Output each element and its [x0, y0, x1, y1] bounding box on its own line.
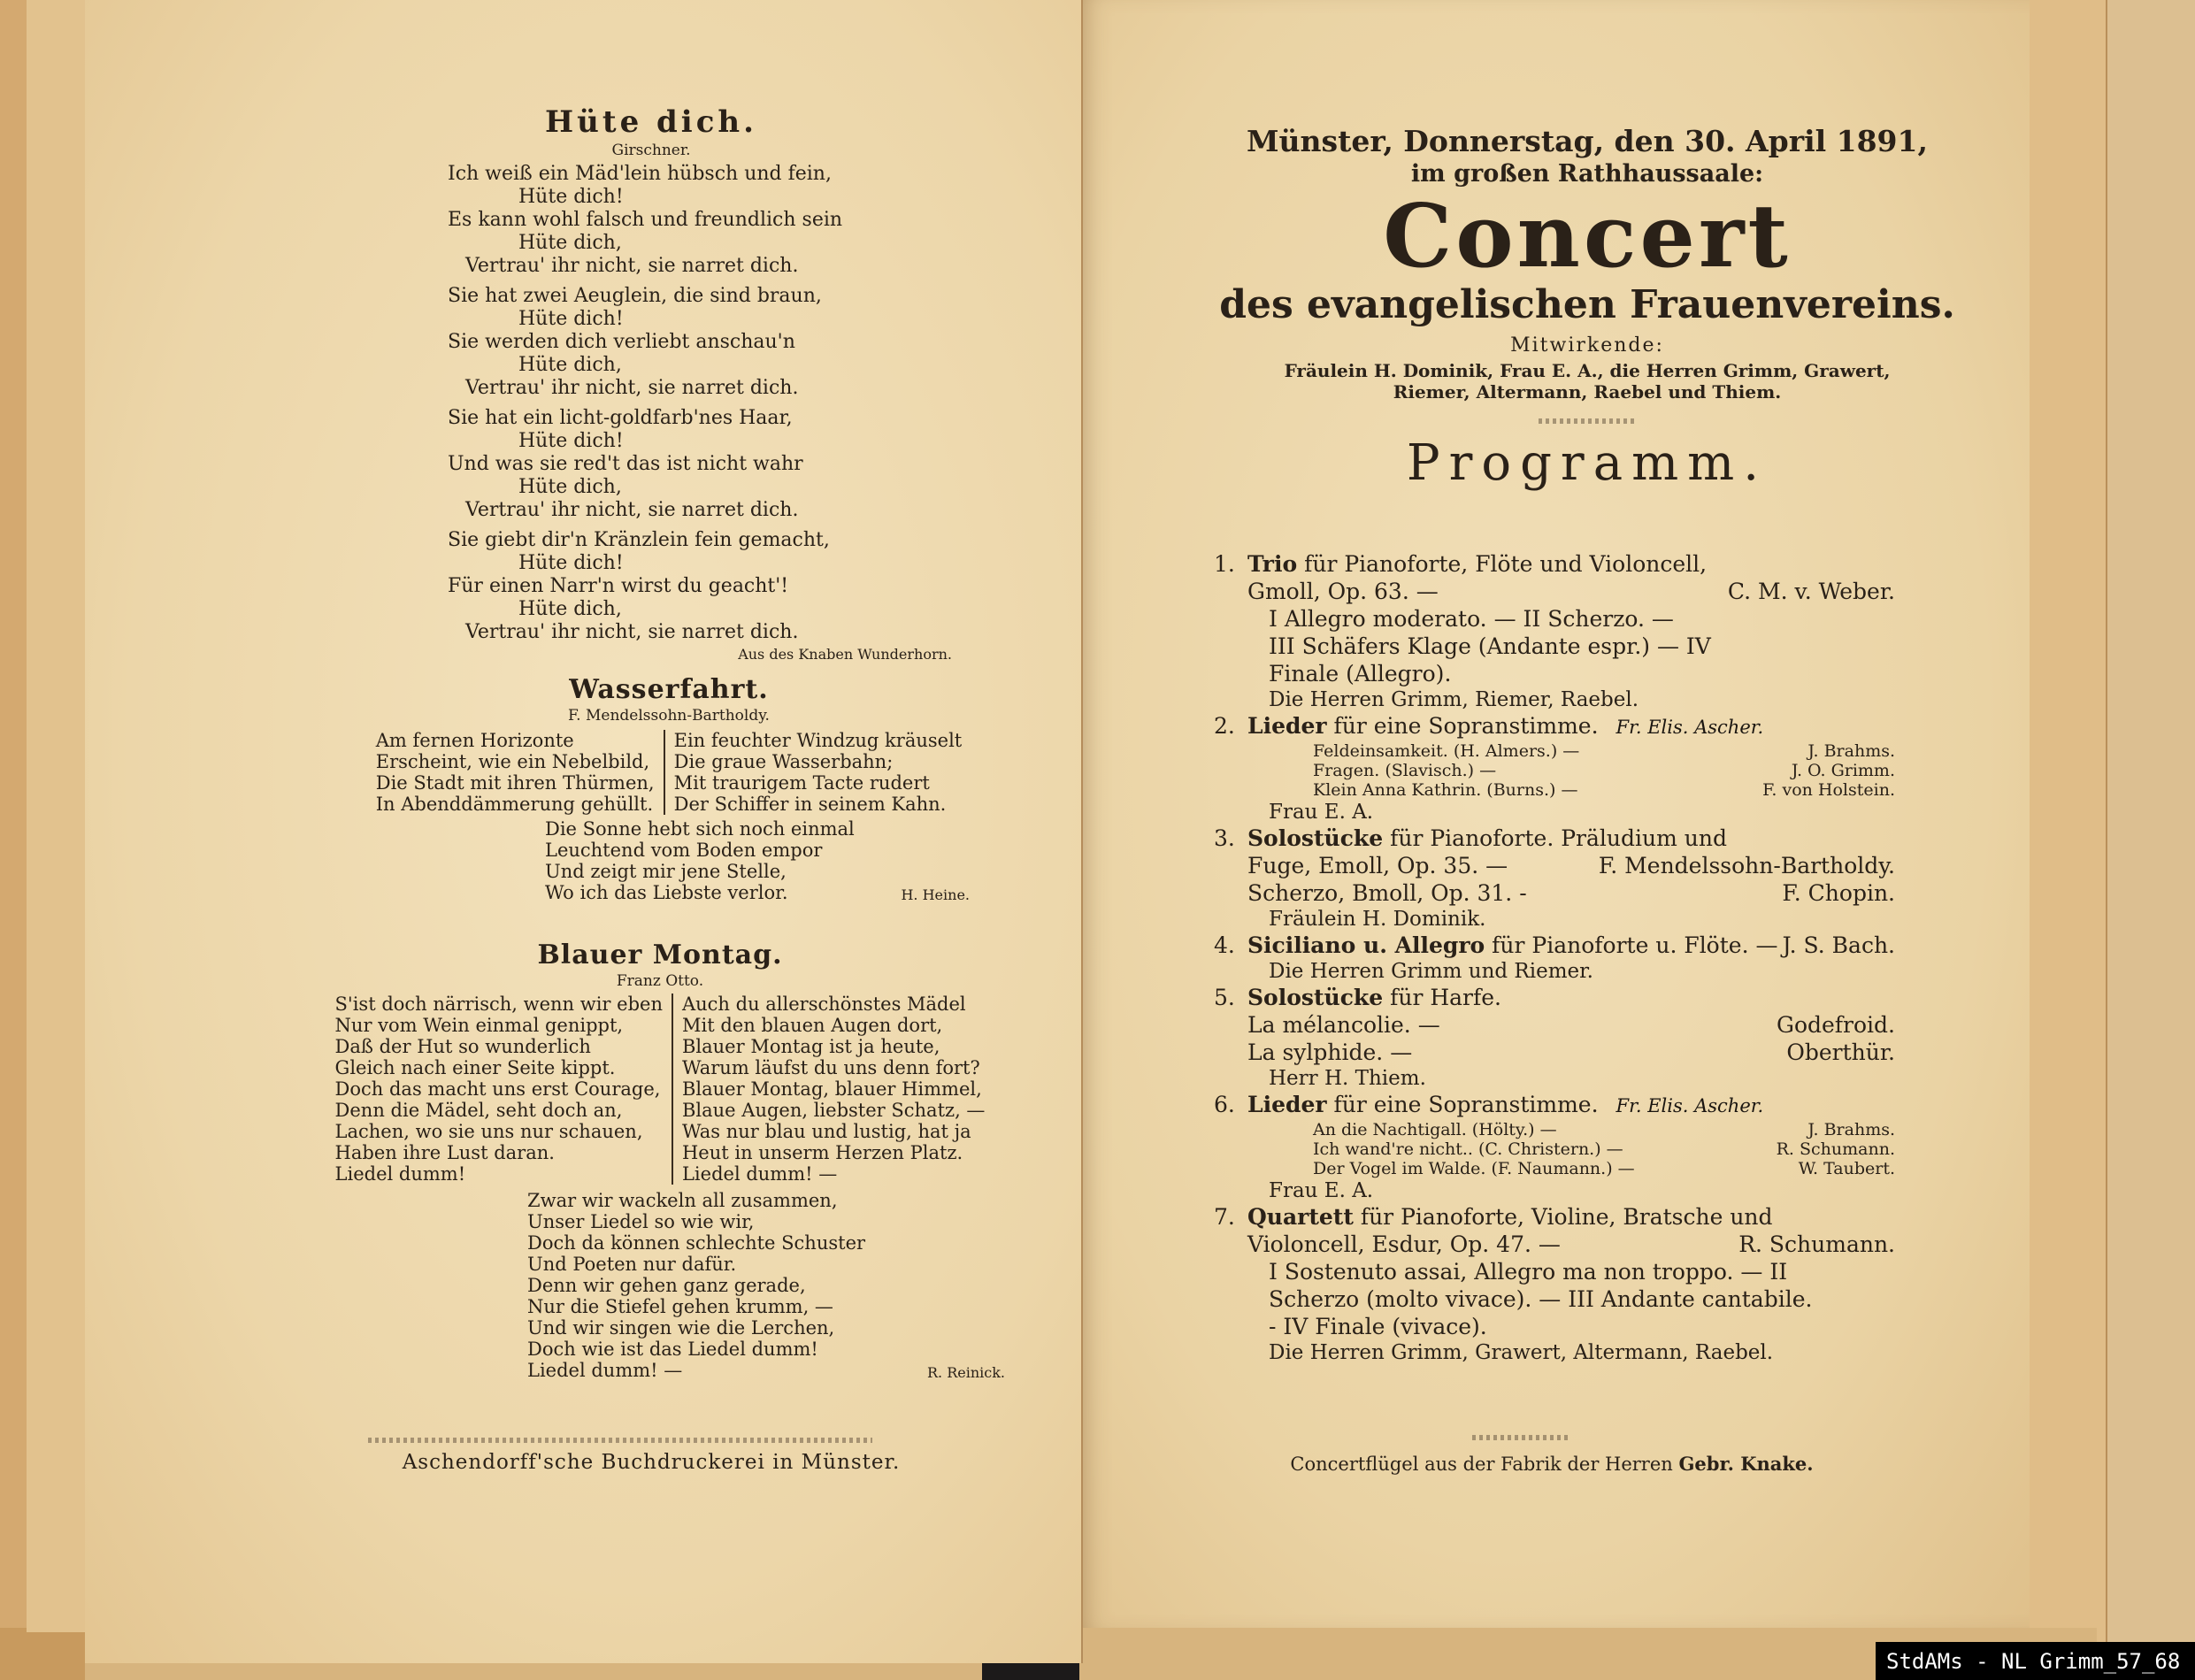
- programme-line-text: La mélancolie. —: [1214, 1011, 1440, 1039]
- item-number: 7.: [1214, 1203, 1247, 1231]
- programme-line-text: 1.Trio für Pianoforte, Flöte und Violonc…: [1214, 550, 1707, 578]
- concert-title: Concert: [1207, 191, 1968, 283]
- verse-line: Lachen, wo sie uns nur schauen,: [335, 1121, 663, 1142]
- programme-line: Gmoll, Op. 63. —C. M. v. Weber.: [1214, 578, 1895, 605]
- verse-line: Vertrau' ihr nicht, sie narret dich.: [448, 255, 1085, 278]
- verse-line: Ich weiß ein Mäd'lein hübsch und fein,: [448, 163, 1085, 186]
- left-page: Hüte dich. Girschner. Ich weiß ein Mäd'l…: [85, 0, 1083, 1663]
- work-description: Scherzo (molto vivace). — III Andante ca…: [1269, 1286, 1812, 1312]
- programme-line-text: 6.Lieder für eine Sopranstimme.Fr. Elis.…: [1214, 1091, 1763, 1120]
- verse-line: Doch wie ist das Liedel dumm!: [527, 1339, 1058, 1360]
- verse-line: Hüte dich,: [448, 232, 1085, 255]
- verse-line: Es kann wohl falsch und freundlich sein: [448, 209, 1085, 232]
- programme-line-text: 7.Quartett für Pianoforte, Violine, Brat…: [1214, 1203, 1773, 1231]
- programme-line-text: Violoncell, Esdur, Op. 47. —: [1214, 1231, 1561, 1258]
- verse-line: Die graue Wasserbahn;: [674, 751, 963, 772]
- poem-source: R. Reinick.: [927, 1364, 1005, 1381]
- printer-imprint: Aschendorff'sche Buchdruckerei in Münste…: [368, 1451, 934, 1474]
- programme-item: 2.Lieder für eine Sopranstimme.Fr. Elis.…: [1214, 712, 1895, 825]
- item-number: 4.: [1214, 932, 1247, 959]
- underlying-sheet: [2026, 0, 2107, 1680]
- programme-line-text: 2.Lieder für eine Sopranstimme.Fr. Elis.…: [1214, 712, 1763, 741]
- verse-line: Hüte dich!: [448, 308, 1085, 331]
- verse-line: Blauer Montag, blauer Himmel,: [682, 1078, 985, 1100]
- programme-heading: Programm.: [1207, 434, 1968, 492]
- programme-line: Scherzo, Bmoll, Op. 31. -F. Chopin.: [1214, 879, 1895, 907]
- composer-name: F. Mendelssohn-Bartholdy.: [1599, 852, 1895, 879]
- programme-item: 6.Lieder für eine Sopranstimme.Fr. Elis.…: [1214, 1091, 1895, 1203]
- programme-item: 3.Solostücke für Pianoforte. Präludium u…: [1214, 825, 1895, 932]
- piano-maker: Gebr. Knake.: [1678, 1453, 1813, 1475]
- verse-line: Doch da können schlechte Schuster: [527, 1232, 1058, 1254]
- programme-line-text: III Schäfers Klage (Andante espr.) — IV: [1214, 633, 1711, 660]
- verse-line: Mit traurigem Tacte rudert: [674, 772, 963, 794]
- song-line: Fragen. (Slavisch.) —J. O. Grimm.: [1214, 761, 1895, 780]
- concert-header: Münster, Donnerstag, den 30. April 1891,…: [1207, 124, 1968, 492]
- song-line: Der Vogel im Walde. (F. Naumann.) —W. Ta…: [1214, 1159, 1895, 1178]
- work-title: Siciliano u. Allegro: [1247, 932, 1485, 958]
- poem-wasserfahrt: Wasserfahrt. F. Mendelssohn-Bartholdy. A…: [288, 674, 1049, 903]
- verse-line: Mit den blauen Augen dort,: [682, 1015, 985, 1036]
- work-description: Scherzo, Bmoll, Op. 31. -: [1247, 880, 1527, 906]
- song-title: Klein Anna Kathrin. (Burns.) —: [1313, 780, 1577, 800]
- performers: Herr H. Thiem.: [1214, 1066, 1895, 1091]
- programme-line-text: Scherzo (molto vivace). — III Andante ca…: [1214, 1285, 1812, 1313]
- composer-name: J. Brahms.: [1807, 741, 1895, 761]
- programme-line: Finale (Allegro).: [1214, 660, 1895, 687]
- verse-line: Wo ich das Liebste verlor.: [545, 882, 1049, 903]
- performers: Die Herren Grimm, Riemer, Raebel.: [1214, 687, 1895, 712]
- song-title: Der Vogel im Walde. (F. Naumann.) —: [1313, 1159, 1635, 1178]
- verse-line: Und Poeten nur dafür.: [527, 1254, 1058, 1275]
- programme-line-text: Scherzo, Bmoll, Op. 31. -: [1214, 879, 1527, 907]
- work-title: Solostücke: [1247, 825, 1383, 851]
- right-page: Münster, Donnerstag, den 30. April 1891,…: [1083, 0, 2030, 1628]
- verse-line: Der Schiffer in seinem Kahn.: [674, 794, 963, 815]
- song-line: Ich wand're nicht.. (C. Christern.) —R. …: [1214, 1139, 1895, 1159]
- composer-name: J. O. Grimm.: [1792, 761, 1895, 780]
- poem-verses: Ich weiß ein Mäd'lein hübsch und fein,Hü…: [448, 163, 1085, 644]
- composer-name: W. Taubert.: [1799, 1159, 1895, 1178]
- performers: Frau E. A.: [1214, 800, 1895, 825]
- work-description: für Pianoforte, Flöte und Violoncell,: [1297, 551, 1707, 577]
- poem-title: Wasserfahrt.: [288, 674, 1049, 705]
- verse-line: Heut in unserm Herzen Platz.: [682, 1142, 985, 1163]
- performers: Fräulein H. Dominik.: [1214, 907, 1895, 932]
- verse-line: Unser Liedel so wie wir,: [527, 1211, 1058, 1232]
- item-number: 5.: [1214, 984, 1247, 1011]
- item-number: 1.: [1214, 550, 1247, 578]
- programme-list: 1.Trio für Pianoforte, Flöte und Violonc…: [1214, 550, 1895, 1365]
- verse-line: Sie giebt dir'n Kränzlein fein gemacht,: [448, 529, 1085, 552]
- performers: Frau E. A.: [1214, 1178, 1895, 1203]
- poem-title: Blauer Montag.: [262, 940, 1058, 970]
- piano-credit-text: Concertflügel aus der Fabrik der Herren: [1290, 1454, 1678, 1475]
- handwritten-annotation: Fr. Elis. Ascher.: [1616, 1095, 1764, 1116]
- verse-final: Zwar wir wackeln all zusammen,Unser Lied…: [262, 1190, 1058, 1381]
- verse-line: Auch du allerschönstes Mädel: [682, 993, 985, 1015]
- item-number: 2.: [1214, 712, 1247, 740]
- composer-name: R. Schumann.: [1738, 1231, 1895, 1258]
- work-description: für Harfe.: [1383, 985, 1501, 1010]
- programme-line: La sylphide. —Oberthür.: [1214, 1039, 1895, 1066]
- verse-line: Gleich nach einer Seite kippt.: [335, 1057, 663, 1078]
- work-description: Fuge, Emoll, Op. 35. —: [1247, 853, 1508, 878]
- performers-line: Fräulein H. Dominik, Frau E. A., die Her…: [1207, 360, 1968, 381]
- performers: Die Herren Grimm, Grawert, Altermann, Ra…: [1214, 1340, 1895, 1365]
- work-description: La mélancolie. —: [1247, 1012, 1440, 1038]
- poem-hute-dich: Hüte dich. Girschner. Ich weiß ein Mäd'l…: [448, 104, 1085, 663]
- programme-line: 6.Lieder für eine Sopranstimme.Fr. Elis.…: [1214, 1091, 1895, 1120]
- song-line: An die Nachtigall. (Hölty.) —J. Brahms.: [1214, 1120, 1895, 1139]
- programme-line-text: I Sostenuto assai, Allegro ma non troppo…: [1214, 1258, 1787, 1285]
- verse-line: Und was sie red't das ist nicht wahr: [448, 453, 1085, 476]
- verse-line: Hüte dich!: [448, 552, 1085, 575]
- song-title: Fragen. (Slavisch.) —: [1313, 761, 1496, 780]
- composer-name: Oberthür.: [1786, 1039, 1895, 1066]
- verse-line: Nur die Stiefel gehen krumm, —: [527, 1296, 1058, 1317]
- verse-line: Hüte dich!: [448, 430, 1085, 453]
- concert-subtitle: des evangelischen Frauenvereins.: [1207, 283, 1968, 327]
- composer-name: C. M. v. Weber.: [1728, 578, 1895, 605]
- work-title: Trio: [1247, 551, 1297, 577]
- divider: [1539, 418, 1636, 424]
- verse-line: S'ist doch närrisch, wenn wir eben: [335, 993, 663, 1015]
- song-title: Ich wand're nicht.. (C. Christern.) —: [1313, 1139, 1623, 1159]
- item-number: 6.: [1214, 1091, 1247, 1118]
- poem-source: Aus des Knaben Wunderhorn.: [448, 646, 952, 663]
- work-description: für Pianoforte, Violine, Bratsche und: [1354, 1204, 1773, 1230]
- performers-label: Mitwirkende:: [1207, 334, 1968, 357]
- verse-line: Blauer Montag ist ja heute,: [682, 1036, 985, 1057]
- programme-line-text: 3.Solostücke für Pianoforte. Präludium u…: [1214, 825, 1727, 852]
- programme-line: 7.Quartett für Pianoforte, Violine, Brat…: [1214, 1203, 1895, 1231]
- verse-line: Hüte dich!: [448, 186, 1085, 209]
- item-number: 3.: [1214, 825, 1247, 852]
- verse-line: Liedel dumm!: [335, 1163, 663, 1185]
- verse-line: Denn die Mädel, seht doch an,: [335, 1100, 663, 1121]
- venue-line: im großen Rathhaussaale:: [1207, 160, 1968, 188]
- programme-line: 3.Solostücke für Pianoforte. Präludium u…: [1214, 825, 1895, 852]
- verse-line: Ein feuchter Windzug kräuselt: [674, 730, 963, 751]
- verse-line: Haben ihre Lust daran.: [335, 1142, 663, 1163]
- verse-line: Und zeigt mir jene Stelle,: [545, 861, 1049, 882]
- programme-line: 2.Lieder für eine Sopranstimme.Fr. Elis.…: [1214, 712, 1895, 741]
- verse-line: Sie hat zwei Aeuglein, die sind braun,: [448, 285, 1085, 308]
- verse-line: Warum läufst du uns denn fort?: [682, 1057, 985, 1078]
- programme-item: 5.Solostücke für Harfe.La mélancolie. —G…: [1214, 984, 1895, 1091]
- piano-credit: Concertflügel aus der Fabrik der Herren …: [1198, 1453, 1906, 1475]
- programme-line: 4.Siciliano u. Allegro für Pianoforte u.…: [1214, 932, 1895, 959]
- verse-line: Sie hat ein licht-goldfarb'nes Haar,: [448, 407, 1085, 430]
- divider: [368, 1438, 872, 1443]
- poem-title: Hüte dich.: [448, 104, 855, 140]
- work-description: Finale (Allegro).: [1269, 661, 1451, 687]
- performers: Die Herren Grimm und Riemer.: [1214, 959, 1895, 984]
- composer-name: F. von Holstein.: [1762, 780, 1895, 800]
- composer-name: Godefroid.: [1777, 1011, 1895, 1039]
- programme-line: III Schäfers Klage (Andante espr.) — IV: [1214, 633, 1895, 660]
- programme-line-text: I Allegro moderato. — II Scherzo. —: [1214, 605, 1674, 633]
- divider: [1472, 1435, 1570, 1440]
- verse-column-right: Ein feuchter Windzug kräuseltDie graue W…: [665, 730, 971, 815]
- programme-line-text: Finale (Allegro).: [1214, 660, 1451, 687]
- composer-name: F. Chopin.: [1782, 879, 1895, 907]
- work-title: Quartett: [1247, 1204, 1354, 1230]
- programme-line-text: - IV Finale (vivace).: [1214, 1313, 1487, 1340]
- verse-line: Vertrau' ihr nicht, sie narret dich.: [448, 621, 1085, 644]
- work-description: für eine Sopranstimme.: [1327, 713, 1599, 739]
- verse-line: Für einen Narr'n wirst du geacht'!: [448, 575, 1085, 598]
- verse-line: Doch das macht uns erst Courage,: [335, 1078, 663, 1100]
- handwritten-annotation: Fr. Elis. Ascher.: [1616, 717, 1764, 738]
- work-title: Lieder: [1247, 1092, 1327, 1117]
- verse-line: Sie werden dich verliebt anschau'n: [448, 331, 1085, 354]
- verse-line: Erscheint, wie ein Nebelbild,: [376, 751, 655, 772]
- verse-column-left: Am fernen HorizonteErscheint, wie ein Ne…: [367, 730, 665, 815]
- verse-line: Und wir singen wie die Lerchen,: [527, 1317, 1058, 1339]
- work-description: III Schäfers Klage (Andante espr.) — IV: [1269, 633, 1711, 659]
- programme-line: - IV Finale (vivace).: [1214, 1313, 1895, 1340]
- verse-line: Hüte dich,: [448, 354, 1085, 377]
- verse-line: Denn wir gehen ganz gerade,: [527, 1275, 1058, 1296]
- archive-label: StdAMs - NL Grimm_57_68: [1876, 1642, 2195, 1680]
- work-description: I Sostenuto assai, Allegro ma non troppo…: [1269, 1259, 1787, 1285]
- verse-line: Nur vom Wein einmal genippt,: [335, 1015, 663, 1036]
- work-description: La sylphide. —: [1247, 1039, 1412, 1065]
- work-description: für Pianoforte u. Flöte. —: [1485, 932, 1777, 958]
- verse-line: Blaue Augen, liebster Schatz, —: [682, 1100, 985, 1121]
- date-line: Münster, Donnerstag, den 30. April 1891,: [1207, 124, 1968, 158]
- verse-line: Vertrau' ihr nicht, sie narret dich.: [448, 377, 1085, 400]
- programme-line-text: 5.Solostücke für Harfe.: [1214, 984, 1501, 1011]
- poem-composer: Girschner.: [448, 142, 855, 159]
- poem-composer: F. Mendelssohn-Bartholdy.: [288, 707, 1049, 725]
- performers-line: Riemer, Altermann, Raebel und Thiem.: [1207, 381, 1968, 403]
- work-title: Solostücke: [1247, 985, 1383, 1010]
- song-line: Feldeinsamkeit. (H. Almers.) —J. Brahms.: [1214, 741, 1895, 761]
- work-title: Lieder: [1247, 713, 1327, 739]
- programme-item: 1.Trio für Pianoforte, Flöte und Violonc…: [1214, 550, 1895, 712]
- verse-line: Hüte dich,: [448, 598, 1085, 621]
- verse-line: Zwar wir wackeln all zusammen,: [527, 1190, 1058, 1211]
- verse-line: Die Sonne hebt sich noch einmal: [545, 818, 1049, 840]
- programme-line: Violoncell, Esdur, Op. 47. —R. Schumann.: [1214, 1231, 1895, 1258]
- work-description: für Pianoforte. Präludium und: [1383, 825, 1727, 851]
- work-description: I Allegro moderato. — II Scherzo. —: [1269, 606, 1674, 632]
- verse-line: Liedel dumm! —: [682, 1163, 985, 1185]
- work-description: Gmoll, Op. 63. —: [1247, 579, 1439, 604]
- programme-line: Scherzo (molto vivace). — III Andante ca…: [1214, 1285, 1895, 1313]
- programme-line-text: Gmoll, Op. 63. —: [1214, 578, 1439, 605]
- song-line: Klein Anna Kathrin. (Burns.) —F. von Hol…: [1214, 780, 1895, 800]
- composer-name: J. S. Bach.: [1783, 932, 1895, 959]
- verse-line: Am fernen Horizonte: [376, 730, 655, 751]
- work-description: für eine Sopranstimme.: [1327, 1092, 1599, 1117]
- verse-line: Hüte dich,: [448, 476, 1085, 499]
- verse-column-right: Auch du allerschönstes MädelMit den blau…: [673, 993, 994, 1185]
- work-description: - IV Finale (vivace).: [1269, 1314, 1487, 1339]
- verse-line: Was nur blau und lustig, hat ja: [682, 1121, 985, 1142]
- song-title: Feldeinsamkeit. (H. Almers.) —: [1313, 741, 1579, 761]
- programme-item: 7.Quartett für Pianoforte, Violine, Brat…: [1214, 1203, 1895, 1365]
- programme-line: Fuge, Emoll, Op. 35. —F. Mendelssohn-Bar…: [1214, 852, 1895, 879]
- programme-line-text: 4.Siciliano u. Allegro für Pianoforte u.…: [1214, 932, 1777, 959]
- programme-line: I Sostenuto assai, Allegro ma non troppo…: [1214, 1258, 1895, 1285]
- verse-line: Daß der Hut so wunderlich: [335, 1036, 663, 1057]
- poem-composer: Franz Otto.: [262, 972, 1058, 990]
- poem-source: H. Heine.: [901, 886, 970, 903]
- work-description: Violoncell, Esdur, Op. 47. —: [1247, 1231, 1561, 1257]
- verse-line: Leuchtend vom Boden empor: [545, 840, 1049, 861]
- composer-name: J. Brahms.: [1807, 1120, 1895, 1139]
- programme-line: I Allegro moderato. — II Scherzo. —: [1214, 605, 1895, 633]
- underlying-sheet: [2097, 0, 2195, 1680]
- song-title: An die Nachtigall. (Hölty.) —: [1313, 1120, 1557, 1139]
- programme-line: La mélancolie. —Godefroid.: [1214, 1011, 1895, 1039]
- programme-line: 1.Trio für Pianoforte, Flöte und Violonc…: [1214, 550, 1895, 578]
- programme-line-text: Fuge, Emoll, Op. 35. —: [1214, 852, 1508, 879]
- programme-line: 5.Solostücke für Harfe.: [1214, 984, 1895, 1011]
- composer-name: R. Schumann.: [1777, 1139, 1895, 1159]
- verse-column-left: S'ist doch närrisch, wenn wir ebenNur vo…: [326, 993, 673, 1185]
- verse-line: In Abenddämmerung gehüllt.: [376, 794, 655, 815]
- verse-line: Die Stadt mit ihren Thürmen,: [376, 772, 655, 794]
- programme-line-text: La sylphide. —: [1214, 1039, 1412, 1066]
- verse-line: Vertrau' ihr nicht, sie narret dich.: [448, 499, 1085, 522]
- poem-blauer-montag: Blauer Montag. Franz Otto. S'ist doch nä…: [262, 940, 1058, 1381]
- programme-item: 4.Siciliano u. Allegro für Pianoforte u.…: [1214, 932, 1895, 984]
